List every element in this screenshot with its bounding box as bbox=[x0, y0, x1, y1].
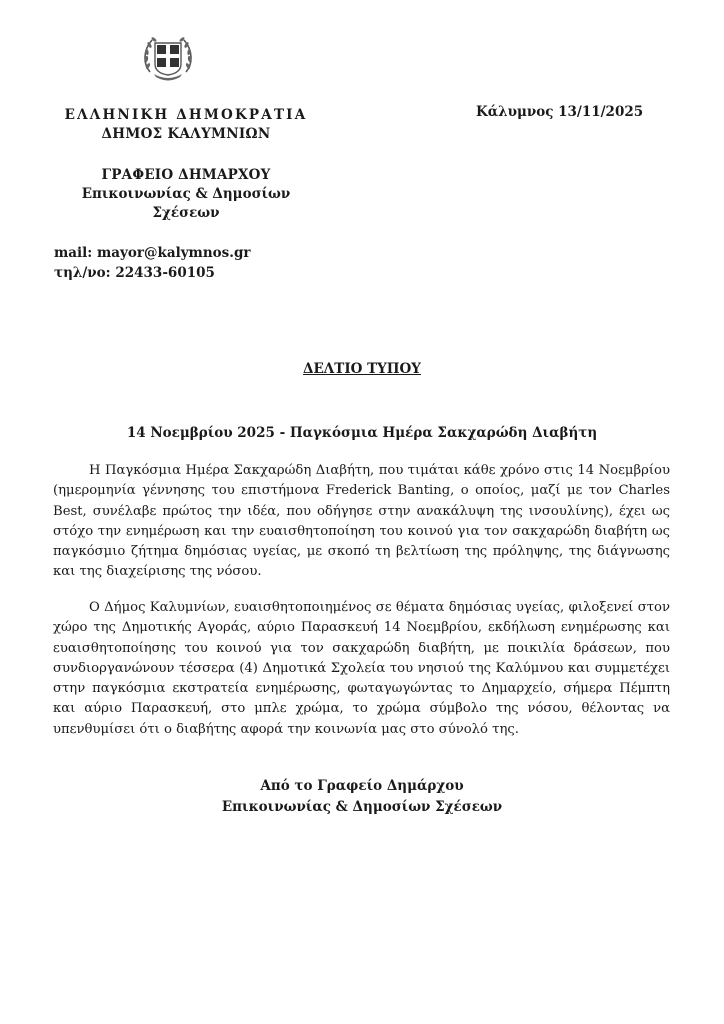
contact-info: mail: mayor@kalymnos.gr τηλ/νο: 22433-60… bbox=[54, 243, 251, 283]
body-paragraph: Η Παγκόσμια Ημέρα Σακχαρώδη Διαβήτη, που… bbox=[53, 461, 670, 583]
office-name: ΓΡΑΦΕΙΟ ΔΗΜΑΡΧΟΥ bbox=[50, 166, 322, 185]
body-paragraph: Ο Δήμος Καλυμνίων, ευαισθητοποιημένος σε… bbox=[53, 598, 670, 740]
municipality-name: ΔΗΜΟΣ ΚΑΛΥΜΝΙΩΝ bbox=[50, 125, 322, 144]
contact-phone: τηλ/νο: 22433-60105 bbox=[54, 263, 251, 283]
place-date: Κάλυμνος 13/11/2025 bbox=[476, 104, 643, 120]
department-name: Επικοινωνίας & Δημοσίων Σχέσεων bbox=[50, 185, 322, 223]
issuer-header: ΕΛΛΗΝΙΚΗ ΔΗΜΟΚΡΑΤΙΑ ΔΗΜΟΣ ΚΑΛΥΜΝΙΩΝ ΓΡΑΦ… bbox=[50, 106, 322, 223]
signature-line: Επικοινωνίας & Δημοσίων Σχέσεων bbox=[0, 797, 724, 818]
document-subject: 14 Νοεμβρίου 2025 - Παγκόσμια Ημέρα Σακχ… bbox=[0, 425, 724, 441]
signature-block: Από το Γραφείο Δημάρχου Επικοινωνίας & Δ… bbox=[0, 776, 724, 818]
government-name: ΕΛΛΗΝΙΚΗ ΔΗΜΟΚΡΑΤΙΑ bbox=[50, 106, 322, 125]
signature-line: Από το Γραφείο Δημάρχου bbox=[0, 776, 724, 797]
document-title-text: ΔΕΛΤΙΟ ΤΥΠΟΥ bbox=[303, 361, 421, 377]
greek-coat-of-arms-icon bbox=[140, 30, 196, 86]
contact-email: mail: mayor@kalymnos.gr bbox=[54, 243, 251, 263]
document-title: ΔΕΛΤΙΟ ΤΥΠΟΥ bbox=[0, 361, 724, 377]
